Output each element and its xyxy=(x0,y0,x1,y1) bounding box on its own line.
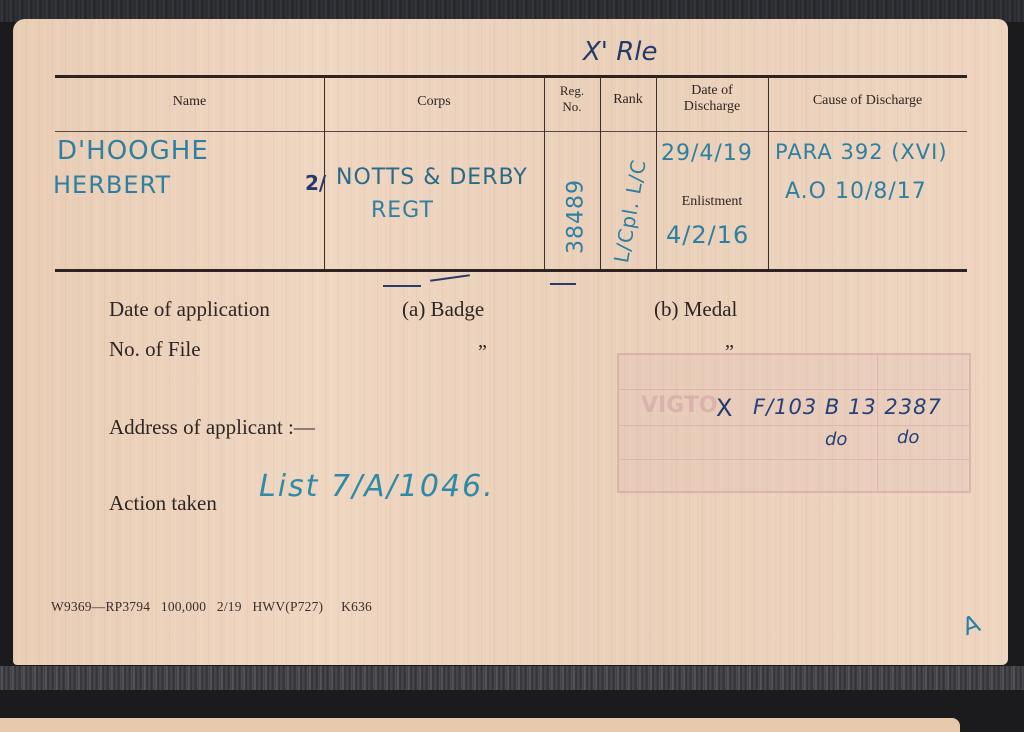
address-of-applicant-label: Address of applicant :— xyxy=(109,415,315,440)
header-dod-line2: Discharge xyxy=(656,99,768,115)
stamp-faded-text: VIGTO xyxy=(641,393,718,418)
file-ref-ditto-1: do xyxy=(825,429,847,450)
header-name-text: Name xyxy=(173,94,206,109)
header-divider-rule xyxy=(55,131,967,132)
pen-mark-dash-1 xyxy=(383,285,421,287)
print-code-footer: W9369—RP3794 100,000 2/19 HWV(P727) K636 xyxy=(51,599,372,615)
address-text: Address of applicant :— xyxy=(109,415,315,439)
no-of-file-text: No. of File xyxy=(109,337,201,361)
ditto-2-text: do xyxy=(897,427,919,448)
file-ref-ditto-2: do xyxy=(897,427,919,448)
footer-print-date: 2/19 xyxy=(217,599,242,614)
footer-form-code: W9369—RP3794 xyxy=(51,599,150,614)
cause-line2-text: A.O 10/8/17 xyxy=(785,179,927,204)
action-taken-text: Action taken xyxy=(109,491,217,515)
footer-printer: HWV(P727) xyxy=(252,599,323,614)
next-card-edge xyxy=(0,718,960,732)
forename-text: HERBERT xyxy=(53,171,171,199)
initials-mark: A xyxy=(959,609,985,641)
action-taken-value: List 7/A/1046. xyxy=(259,469,495,504)
header-corps: Corps xyxy=(324,94,544,110)
stamp-line-2 xyxy=(619,425,969,426)
entry-rank: L/Cpl. L/C xyxy=(609,155,652,267)
entry-forename: HERBERT xyxy=(53,171,171,199)
stamp-line-3 xyxy=(619,459,969,460)
badge-label: (a) Badge xyxy=(402,297,484,322)
header-enlistment: Enlistment xyxy=(656,194,768,210)
header-reg-line2: No. xyxy=(544,99,600,115)
stamp-line-1 xyxy=(619,389,969,390)
pen-mark-dash-2 xyxy=(430,274,470,282)
ditto-badge-text: ” xyxy=(478,341,487,363)
table-top-rule xyxy=(55,75,967,78)
date-of-application-label: Date of application xyxy=(109,297,270,322)
corps-line1-text: NOTTS & DERBY xyxy=(336,165,528,190)
cause-line1-text: PARA 392 (XVI) xyxy=(775,140,948,164)
file-ref-cross-text: X xyxy=(716,394,732,422)
ditto-medal-text: ” xyxy=(725,341,734,363)
corps-line2-text: REGT xyxy=(371,198,434,223)
scanner-band xyxy=(0,666,1024,690)
header-cause-text: Cause of Discharge xyxy=(813,93,922,108)
enlistment-text: 4/2/16 xyxy=(666,221,749,249)
faded-stamp: VIGTO xyxy=(617,353,971,493)
action-taken-value-text: List 7/A/1046. xyxy=(259,469,495,504)
ditto-badge: ” xyxy=(478,341,487,364)
medal-label: (b) Medal xyxy=(654,297,737,322)
rank-text: L/Cpl. L/C xyxy=(609,157,651,264)
no-of-file-label: No. of File xyxy=(109,337,201,362)
entry-surname: D'HOOGHE xyxy=(57,136,209,166)
header-cause-of-discharge: Cause of Discharge xyxy=(768,93,967,109)
file-ref: F/103 B 13 2387 xyxy=(753,395,942,419)
header-name: Name xyxy=(55,94,324,110)
table-bottom-rule xyxy=(55,269,967,272)
action-taken-label: Action taken xyxy=(109,491,217,516)
entry-cause-line1: PARA 392 (XVI) xyxy=(775,140,948,164)
header-reg-line1: Reg. xyxy=(544,83,600,99)
enlistment-label: Enlistment xyxy=(682,194,743,209)
entry-reg-no: 38489 xyxy=(564,172,589,262)
initials-text: A xyxy=(959,609,985,641)
header-dod-line1: Date of xyxy=(656,83,768,99)
entry-cause-line2: A.O 10/8/17 xyxy=(785,179,927,204)
entry-corps-line1: NOTTS & DERBY xyxy=(336,165,528,190)
dod-text: 29/4/19 xyxy=(661,141,753,166)
medal-application-card: X' Rle Name Corps Reg. No. Rank Date of … xyxy=(13,19,1008,665)
badge-text: (a) Badge xyxy=(402,297,484,321)
ditto-medal: ” xyxy=(725,341,734,364)
entry-date-of-enlistment: 4/2/16 xyxy=(666,221,749,249)
header-rank-text: Rank xyxy=(613,92,643,107)
stamp-faded-word: VIGTO xyxy=(641,393,718,418)
reg-no-text: 38489 xyxy=(564,179,589,254)
entry-battalion: 2/ xyxy=(305,171,326,195)
footer-print-run: 100,000 xyxy=(161,599,206,614)
file-ref-cross: X xyxy=(716,394,732,422)
header-date-of-discharge: Date of Discharge xyxy=(656,83,768,115)
header-reg-no: Reg. No. xyxy=(544,83,600,115)
battalion-text: 2/ xyxy=(305,171,326,195)
annotation-cross-rle: X' Rle xyxy=(583,37,658,67)
entry-corps-line2: REGT xyxy=(371,198,434,223)
footer-ref: K636 xyxy=(341,599,372,614)
header-corps-text: Corps xyxy=(417,94,450,109)
file-ref-text: F/103 B 13 2387 xyxy=(753,395,942,419)
date-of-application-text: Date of application xyxy=(109,297,270,321)
surname-text: D'HOOGHE xyxy=(57,136,209,166)
ditto-1-text: do xyxy=(825,429,847,450)
medal-text: (b) Medal xyxy=(654,297,737,321)
pen-mark-dash-3 xyxy=(550,283,576,285)
entry-date-of-discharge: 29/4/19 xyxy=(661,141,753,166)
stamp-vline xyxy=(877,355,878,491)
header-rank: Rank xyxy=(600,92,656,108)
